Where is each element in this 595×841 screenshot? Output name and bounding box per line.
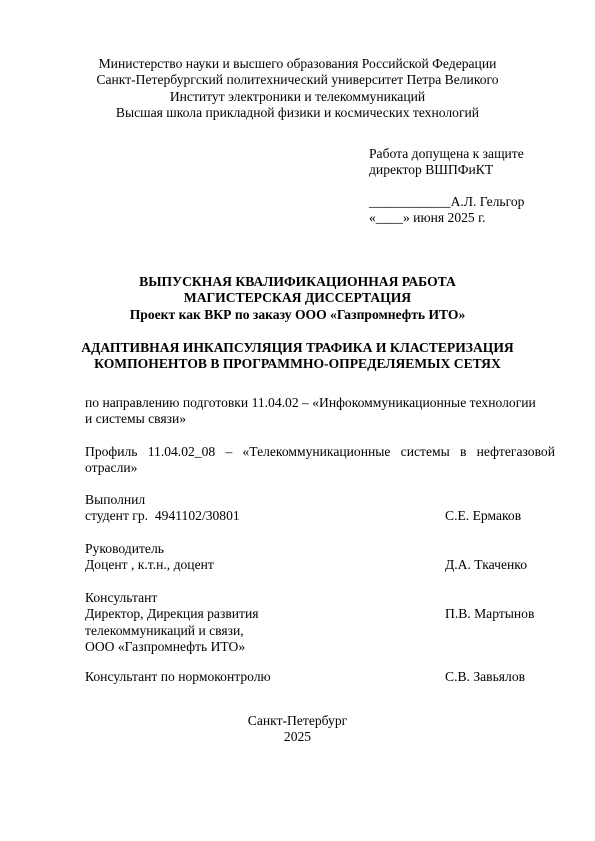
norm-control-name: С.В. Завьялов bbox=[445, 669, 525, 685]
institute-name: Институт электроники и телекоммуникаций bbox=[0, 89, 595, 105]
profile-line2: отрасли» bbox=[85, 460, 555, 476]
approval-text: Работа допущена к защите bbox=[369, 146, 524, 162]
direction-line2: и системы связи» bbox=[85, 411, 555, 427]
norm-control-role: Консультант по нормоконтролю bbox=[85, 669, 271, 685]
project-line: Проект как ВКР по заказу ООО «Газпромнеф… bbox=[0, 307, 595, 323]
approval-director: директор ВШПФиКТ bbox=[369, 162, 524, 178]
topic-line1: АДАПТИВНАЯ ИНКАПСУЛЯЦИЯ ТРАФИКА И КЛАСТЕ… bbox=[0, 340, 595, 356]
consultant-position-line3: ООО «Газпромнефть ИТО» bbox=[85, 639, 245, 655]
consultant-position-line1: Директор, Дирекция развития bbox=[85, 606, 259, 622]
work-type-block: ВЫПУСКНАЯ КВАЛИФИКАЦИОННАЯ РАБОТА МАГИСТ… bbox=[0, 274, 595, 323]
study-profile: Профиль 11.04.02_08 – «Телекоммуникацион… bbox=[85, 444, 555, 477]
approval-date-line: «____» июня 2025 г. bbox=[369, 210, 524, 226]
approval-signature-block: ____________А.Л. Гельгор «____» июня 202… bbox=[369, 194, 524, 227]
author-name: С.Е. Ермаков bbox=[445, 508, 521, 524]
supervisor-name: Д.А. Ткаченко bbox=[445, 557, 527, 573]
footer: Санкт-Петербург 2025 bbox=[0, 713, 595, 746]
university-name: Санкт-Петербургский политехнический унив… bbox=[0, 72, 595, 88]
approval-block: Работа допущена к защите директор ВШПФиК… bbox=[369, 146, 524, 179]
study-direction: по направлению подготовки 11.04.02 – «Ин… bbox=[85, 395, 555, 428]
school-name: Высшая школа прикладной физики и космиче… bbox=[0, 105, 595, 121]
work-type-line2: МАГИСТЕРСКАЯ ДИССЕРТАЦИЯ bbox=[0, 290, 595, 306]
ministry-name: Министерство науки и высшего образования… bbox=[0, 56, 595, 72]
consultant-role: Консультант bbox=[85, 590, 157, 606]
profile-line1: Профиль 11.04.02_08 – «Телекоммуникацион… bbox=[85, 444, 555, 460]
author-role: Выполнил bbox=[85, 492, 145, 508]
supervisor-role: Руководитель bbox=[85, 541, 164, 557]
author-signature: Выполнил студент гр. 4941102/30801 С.Е. … bbox=[85, 492, 555, 526]
direction-line1: по направлению подготовки 11.04.02 – «Ин… bbox=[85, 395, 555, 411]
consultant-position-line2: телекоммуникаций и связи, bbox=[85, 623, 244, 639]
year: 2025 bbox=[0, 729, 595, 745]
director-signature-line: ____________А.Л. Гельгор bbox=[369, 194, 524, 210]
thesis-topic: АДАПТИВНАЯ ИНКАПСУЛЯЦИЯ ТРАФИКА И КЛАСТЕ… bbox=[0, 340, 595, 373]
topic-line2: КОМПОНЕНТОВ В ПРОГРАММНО-ОПРЕДЕЛЯЕМЫХ СЕ… bbox=[0, 356, 595, 372]
organization-header: Министерство науки и высшего образования… bbox=[0, 56, 595, 121]
consultant-name: П.В. Мартынов bbox=[445, 606, 534, 622]
supervisor-signature: Руководитель Доцент , к.т.н., доцент Д.А… bbox=[85, 541, 555, 575]
work-type-line1: ВЫПУСКНАЯ КВАЛИФИКАЦИОННАЯ РАБОТА bbox=[0, 274, 595, 290]
city: Санкт-Петербург bbox=[0, 713, 595, 729]
supervisor-position: Доцент , к.т.н., доцент bbox=[85, 557, 214, 573]
consultant-signature: Консультант Директор, Дирекция развития … bbox=[85, 590, 555, 656]
author-group: студент гр. 4941102/30801 bbox=[85, 508, 240, 524]
norm-control-signature: Консультант по нормоконтролю С.В. Завьял… bbox=[85, 669, 555, 687]
